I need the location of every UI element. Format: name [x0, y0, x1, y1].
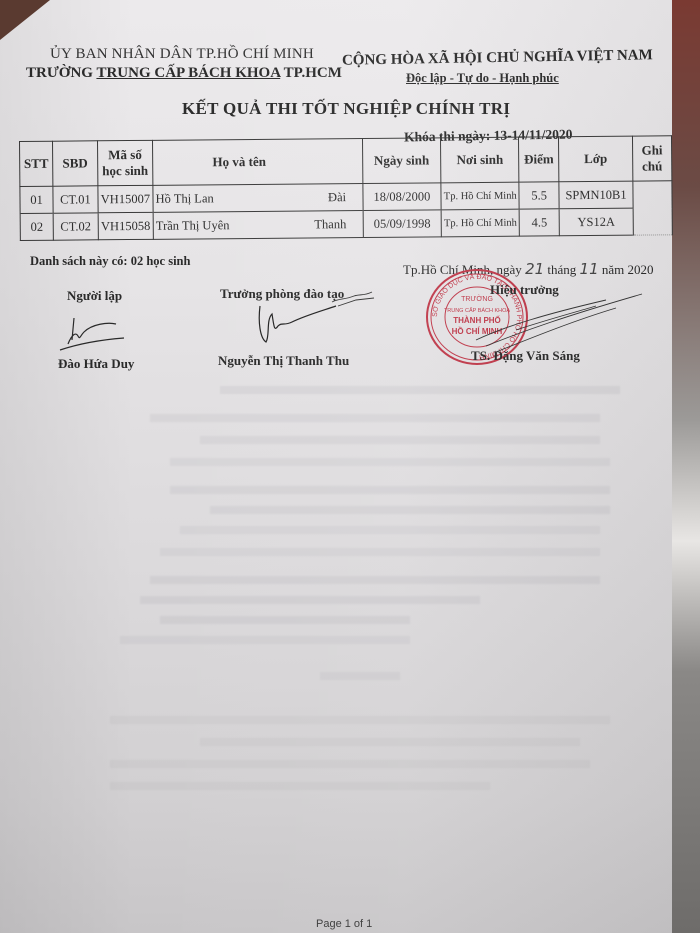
signatory-name-principal: TS. Đặng Văn Sáng: [471, 348, 580, 364]
school-name-main: TRUNG CẤP BÁCH KHOA: [96, 65, 280, 81]
document-title: KẾT QUẢ THI TỐT NGHIỆP CHÍNH TRỊ: [182, 99, 510, 119]
cell-score: 4.5: [519, 209, 559, 236]
col-pob: Nơi sinh: [441, 137, 519, 183]
table-row: 02 CT.02 VH15058 Trần Thị UyênThanh 05/0…: [20, 208, 672, 241]
cell-student-id: VH15007: [98, 185, 154, 212]
cell-name-given: Đài: [328, 190, 346, 205]
school-name: TRƯỜNG TRUNG CẤP BÁCH KHOA TP.HCM: [26, 65, 342, 82]
school-suffix: TP.HCM: [280, 65, 342, 81]
cell-name: Hồ Thị LanĐài: [153, 184, 363, 213]
col-name-label: Họ và tên: [182, 153, 332, 170]
col-student-id: Mã sốhọc sinh: [97, 140, 153, 185]
cell-class: YS12A: [559, 208, 633, 236]
signature-preparer: [58, 310, 128, 356]
cell-stt: 01: [20, 186, 53, 213]
col-note-l1: Ghi: [641, 142, 662, 157]
page-indicator: Page 1 of 1: [316, 918, 372, 930]
cell-pob: Tp. Hồ Chí Minh: [441, 182, 519, 210]
cell-stt: 02: [20, 213, 53, 240]
year-label: năm 2020: [599, 262, 654, 277]
authority-name: ỦY BAN NHÂN DÂN TP.HỒ CHÍ MINH: [50, 46, 314, 63]
cell-sbd: CT.01: [53, 186, 98, 213]
signatory-name-preparer: Đào Hứa Duy: [58, 356, 134, 372]
col-name: Họ và tên: [153, 139, 363, 186]
student-count: Danh sách này có: 02 học sinh: [30, 254, 190, 269]
col-student-id-l1: Mã số: [108, 147, 142, 162]
cell-name-family: Trần Thị Uyên: [156, 218, 230, 234]
col-dob: Ngày sinh: [362, 138, 441, 184]
table-header-row: STT SBD Mã sốhọc sinh Họ và tên Ngày sin…: [20, 136, 672, 187]
col-note-l2: chú: [642, 158, 662, 173]
col-sbd: SBD: [53, 141, 98, 186]
cell-name-given: Thanh: [314, 217, 346, 232]
month-label: tháng: [544, 262, 579, 277]
signatory-name-training-head: Nguyễn Thị Thanh Thu: [218, 353, 349, 369]
signatory-role-preparer: Người lập: [67, 288, 122, 304]
cell-name-family: Hồ Thị Lan: [156, 191, 214, 207]
document-page: ỦY BAN NHÂN DÂN TP.HỒ CHÍ MINH TRƯỜNG TR…: [0, 0, 672, 933]
national-motto: Độc lập - Tự do - Hạnh phúc: [406, 71, 559, 86]
republic-name: CỘNG HÒA XÃ HỘI CHỦ NGHĨA VIỆT NAM: [342, 47, 653, 69]
school-prefix: TRƯỜNG: [26, 65, 96, 81]
cell-note: [633, 181, 673, 235]
col-class: Lớp: [559, 136, 633, 182]
col-note: Ghichú: [632, 136, 672, 181]
sign-month: 11: [580, 260, 599, 278]
cell-dob: 18/08/2000: [362, 183, 441, 211]
cell-class: SPMN10B1: [559, 181, 633, 209]
results-table: STT SBD Mã sốhọc sinh Họ và tên Ngày sin…: [19, 135, 673, 241]
col-score: Điểm: [519, 137, 559, 182]
signature-training-head: [252, 282, 382, 348]
cell-pob: Tp. Hồ Chí Minh: [441, 209, 519, 237]
col-stt: STT: [20, 141, 54, 186]
cell-student-id: VH15058: [98, 212, 154, 239]
col-student-id-l2: học sinh: [102, 163, 148, 178]
cell-name: Trần Thị UyênThanh: [153, 211, 363, 240]
cell-sbd: CT.02: [53, 213, 98, 240]
cell-dob: 05/09/1998: [363, 210, 442, 238]
cell-score: 5.5: [519, 182, 559, 209]
background-desk: [670, 0, 700, 933]
